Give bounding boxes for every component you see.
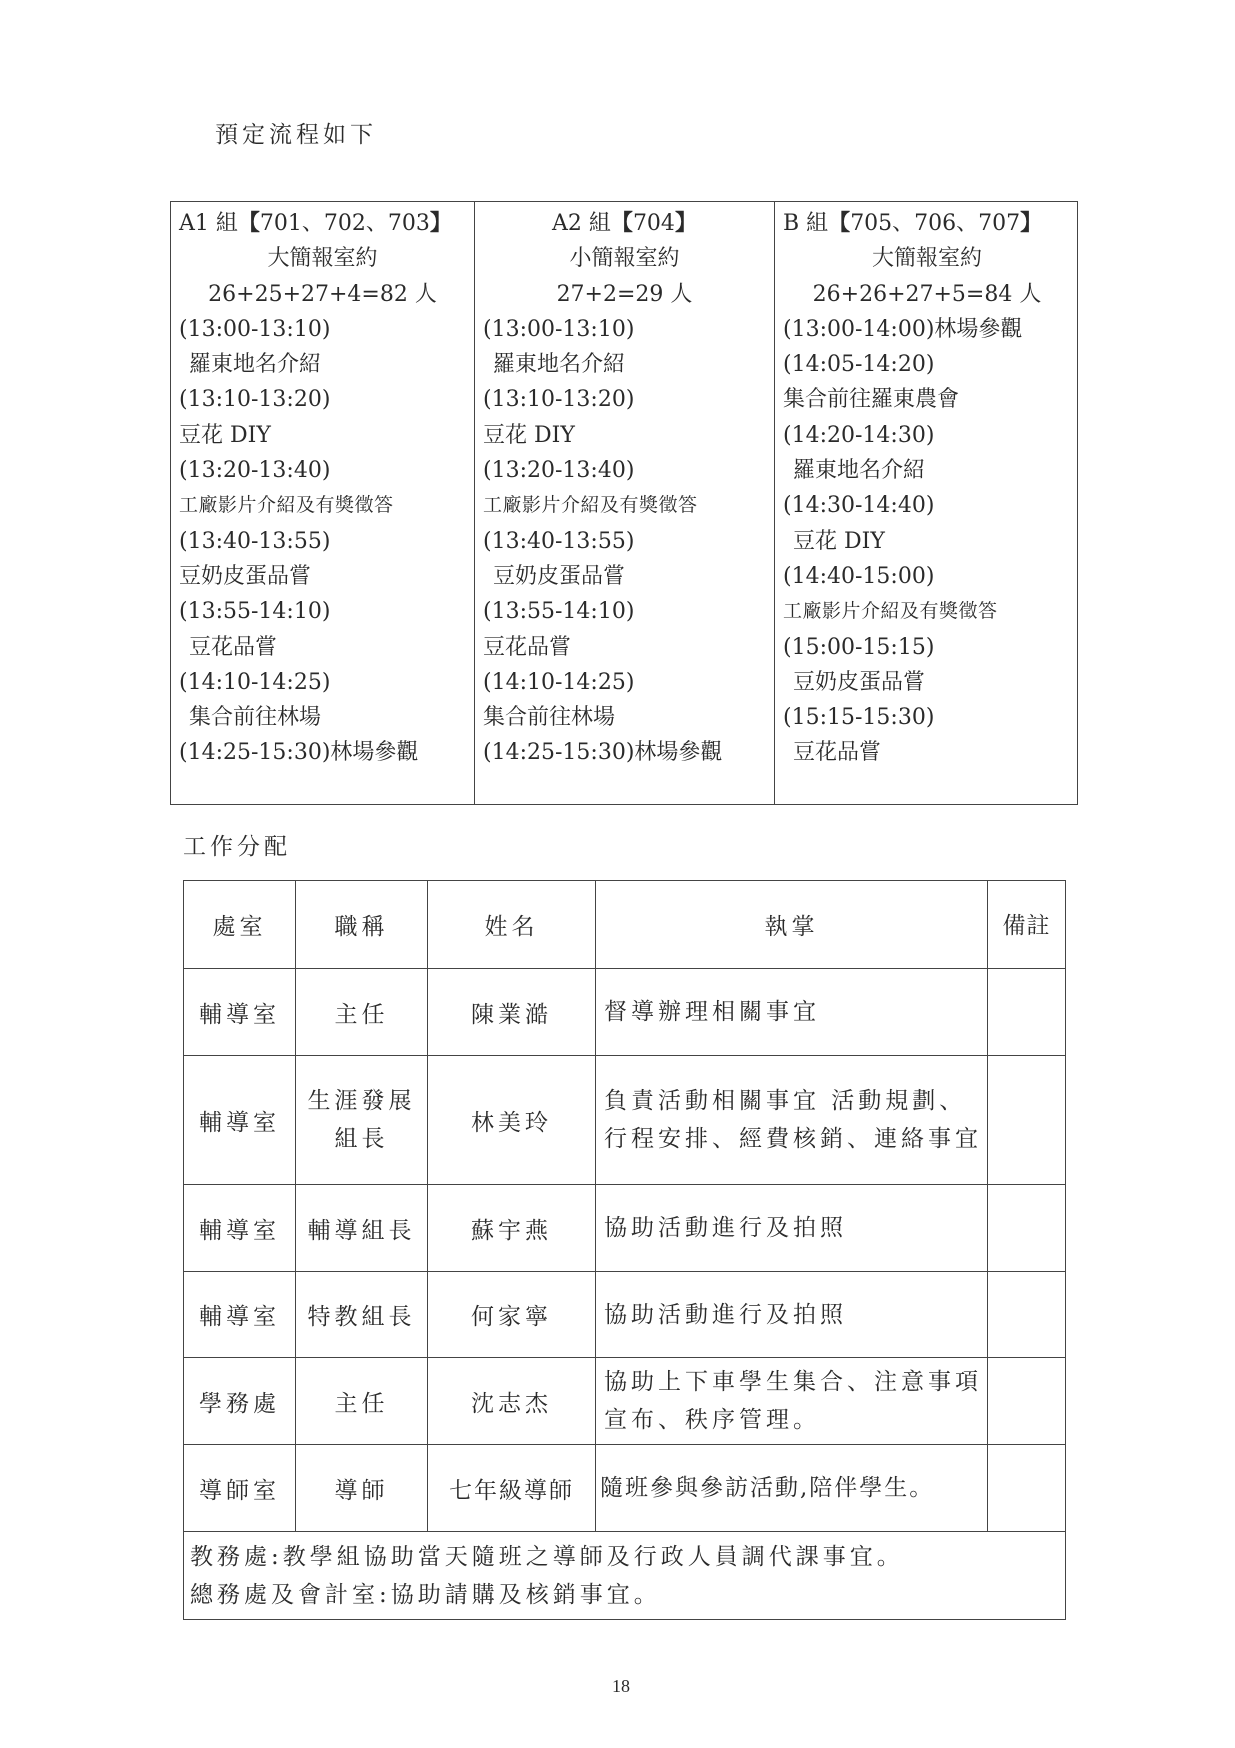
activity: 豆花 DIY	[783, 524, 1079, 559]
activity: 豆花品嘗	[179, 630, 474, 665]
cell-name: 陳業澔	[428, 969, 596, 1056]
cell-note	[988, 969, 1066, 1056]
cell-duty: 協助活動進行及拍照	[596, 1185, 988, 1272]
group-label: A1 組	[179, 211, 238, 236]
schedule-column-a1: A1 組【701、702、703】 大簡報室約 26+25+27+4=82 人 …	[171, 202, 474, 804]
activity: 豆花 DIY	[179, 418, 474, 453]
cell-office: 導師室	[184, 1445, 296, 1532]
footer-notes: 教務處:教學組協助當天隨班之導師及行政人員調代課事宜。 總務處及會計室:協助請購…	[184, 1532, 1066, 1620]
schedule-column-a2: A2 組【704】 小簡報室約 27+2=29 人 (13:00-13:10) …	[474, 202, 774, 804]
group-classes: 704	[633, 211, 675, 236]
group-title: B 組【705、706、707】	[783, 206, 1079, 241]
activity: 工廠影片介紹及有獎徵答	[179, 488, 474, 523]
schedule-column-b: B 組【705、706、707】 大簡報室約 26+26+27+5=84 人 (…	[774, 202, 1079, 804]
time-slot: (13:10-13:20)	[483, 382, 774, 417]
activity: 羅東地名介紹	[783, 453, 1079, 488]
activity: 豆花品嘗	[783, 735, 1079, 770]
activity: 集合前往林場	[179, 700, 474, 735]
group-headcount: 26+26+27+5=84 人	[783, 277, 1079, 312]
cell-title: 主任	[296, 969, 428, 1056]
time-slot: (13:55-14:10)	[483, 594, 774, 629]
cell-name: 沈志杰	[428, 1358, 596, 1445]
table-row: 輔導室 生涯發展組長 林美玲 負責活動相關事宜 活動規劃、行程安排、經費核銷、連…	[184, 1056, 1066, 1185]
time-slot: (13:00-13:10)	[179, 312, 474, 347]
cell-title: 主任	[296, 1358, 428, 1445]
cell-name: 七年級導師	[428, 1445, 596, 1532]
cell-office: 輔導室	[184, 1056, 296, 1185]
table-header-row: 處室 職稱 姓名 執掌 備註	[184, 881, 1066, 969]
cell-title: 特教組長	[296, 1272, 428, 1358]
table-row: 導師室 導師 七年級導師 隨班參與參訪活動,陪伴學生。	[184, 1445, 1066, 1532]
cell-office: 輔導室	[184, 969, 296, 1056]
activity: 豆奶皮蛋品嘗	[783, 665, 1079, 700]
group-headcount: 27+2=29 人	[483, 277, 774, 312]
cell-note	[988, 1056, 1066, 1185]
assignment-table: 處室 職稱 姓名 執掌 備註 輔導室 主任 陳業澔 督導辦理相關事宜 輔導室 生…	[183, 880, 1066, 1620]
cell-duty: 督導辦理相關事宜	[596, 969, 988, 1056]
activity: 豆花 DIY	[483, 418, 774, 453]
group-label: A2 組	[552, 211, 611, 236]
bracket: 】	[675, 210, 697, 236]
time-slot: (13:20-13:40)	[483, 453, 774, 488]
cell-note	[988, 1185, 1066, 1272]
time-slot-activity: (14:25-15:30)林場參觀	[179, 735, 474, 770]
bracket: 】	[1020, 210, 1042, 236]
assignment-heading: 工作分配	[183, 828, 291, 861]
time-slot: (14:20-14:30)	[783, 418, 1079, 453]
group-label: B 組	[783, 211, 828, 236]
time-slot: (13:10-13:20)	[179, 382, 474, 417]
table-row: 輔導室 主任 陳業澔 督導辦理相關事宜	[184, 969, 1066, 1056]
bracket: 】	[430, 210, 452, 236]
time-slot-activity: (13:00-14:00)林場參觀	[783, 312, 1079, 347]
cell-title: 導師	[296, 1445, 428, 1532]
header-note: 備註	[988, 881, 1066, 969]
activity: 羅東地名介紹	[179, 347, 474, 382]
activity: 工廠影片介紹及有獎徵答	[783, 594, 1079, 629]
table-footer-row: 教務處:教學組協助當天隨班之導師及行政人員調代課事宜。 總務處及會計室:協助請購…	[184, 1532, 1066, 1620]
header-office: 處室	[184, 881, 296, 969]
table-row: 學務處 主任 沈志杰 協助上下車學生集合、注意事項宣布、秩序管理。	[184, 1358, 1066, 1445]
time-slot: (14:05-14:20)	[783, 347, 1079, 382]
group-classes: 701、702、703	[260, 211, 430, 236]
cell-duty: 協助活動進行及拍照	[596, 1272, 988, 1358]
group-classes: 705、706、707	[850, 211, 1020, 236]
cell-duty: 協助上下車學生集合、注意事項宣布、秩序管理。	[596, 1358, 988, 1445]
group-room: 大簡報室約	[783, 241, 1079, 276]
bracket: 【	[238, 210, 260, 236]
cell-name: 何家寧	[428, 1272, 596, 1358]
cell-office: 輔導室	[184, 1185, 296, 1272]
cell-name: 蘇宇燕	[428, 1185, 596, 1272]
time-slot: (14:10-14:25)	[483, 665, 774, 700]
table-row: 輔導室 輔導組長 蘇宇燕 協助活動進行及拍照	[184, 1185, 1066, 1272]
time-slot: (13:55-14:10)	[179, 594, 474, 629]
time-slot: (15:00-15:15)	[783, 630, 1079, 665]
schedule-table: A1 組【701、702、703】 大簡報室約 26+25+27+4=82 人 …	[170, 201, 1078, 805]
table-row: 輔導室 特教組長 何家寧 協助活動進行及拍照	[184, 1272, 1066, 1358]
cell-note	[988, 1272, 1066, 1358]
activity: 豆奶皮蛋品嘗	[179, 559, 474, 594]
time-slot: (14:10-14:25)	[179, 665, 474, 700]
group-room: 大簡報室約	[179, 241, 474, 276]
footer-line: 教務處:教學組協助當天隨班之導師及行政人員調代課事宜。	[190, 1538, 1059, 1576]
time-slot: (13:00-13:10)	[483, 312, 774, 347]
cell-duty: 隨班參與參訪活動,陪伴學生。	[596, 1445, 988, 1532]
group-room: 小簡報室約	[483, 241, 774, 276]
activity: 羅東地名介紹	[483, 347, 774, 382]
time-slot: (13:40-13:55)	[483, 524, 774, 559]
time-slot: (15:15-15:30)	[783, 700, 1079, 735]
cell-title: 輔導組長	[296, 1185, 428, 1272]
cell-note	[988, 1445, 1066, 1532]
group-title: A1 組【701、702、703】	[179, 206, 474, 241]
header-name: 姓名	[428, 881, 596, 969]
cell-note	[988, 1358, 1066, 1445]
activity: 豆花品嘗	[483, 630, 774, 665]
page-number: 18	[612, 1676, 630, 1697]
time-slot-activity: (14:25-15:30)林場參觀	[483, 735, 774, 770]
footer-line: 總務處及會計室:協助請購及核銷事宜。	[190, 1576, 1059, 1614]
time-slot: (13:20-13:40)	[179, 453, 474, 488]
bracket: 【	[828, 210, 850, 236]
time-slot: (13:40-13:55)	[179, 524, 474, 559]
header-title: 職稱	[296, 881, 428, 969]
activity: 集合前往羅東農會	[783, 382, 1079, 417]
header-duty: 執掌	[596, 881, 988, 969]
activity: 豆奶皮蛋品嘗	[483, 559, 774, 594]
group-title: A2 組【704】	[483, 206, 774, 241]
activity: 工廠影片介紹及有獎徵答	[483, 488, 774, 523]
cell-duty: 負責活動相關事宜 活動規劃、行程安排、經費核銷、連絡事宜	[596, 1056, 988, 1185]
cell-office: 學務處	[184, 1358, 296, 1445]
cell-office: 輔導室	[184, 1272, 296, 1358]
bracket: 【	[611, 210, 633, 236]
time-slot: (14:40-15:00)	[783, 559, 1079, 594]
group-headcount: 26+25+27+4=82 人	[179, 277, 474, 312]
cell-name: 林美玲	[428, 1056, 596, 1185]
time-slot: (14:30-14:40)	[783, 488, 1079, 523]
activity: 集合前往林場	[483, 700, 774, 735]
cell-title: 生涯發展組長	[296, 1056, 428, 1185]
schedule-heading: 預定流程如下	[215, 116, 377, 149]
